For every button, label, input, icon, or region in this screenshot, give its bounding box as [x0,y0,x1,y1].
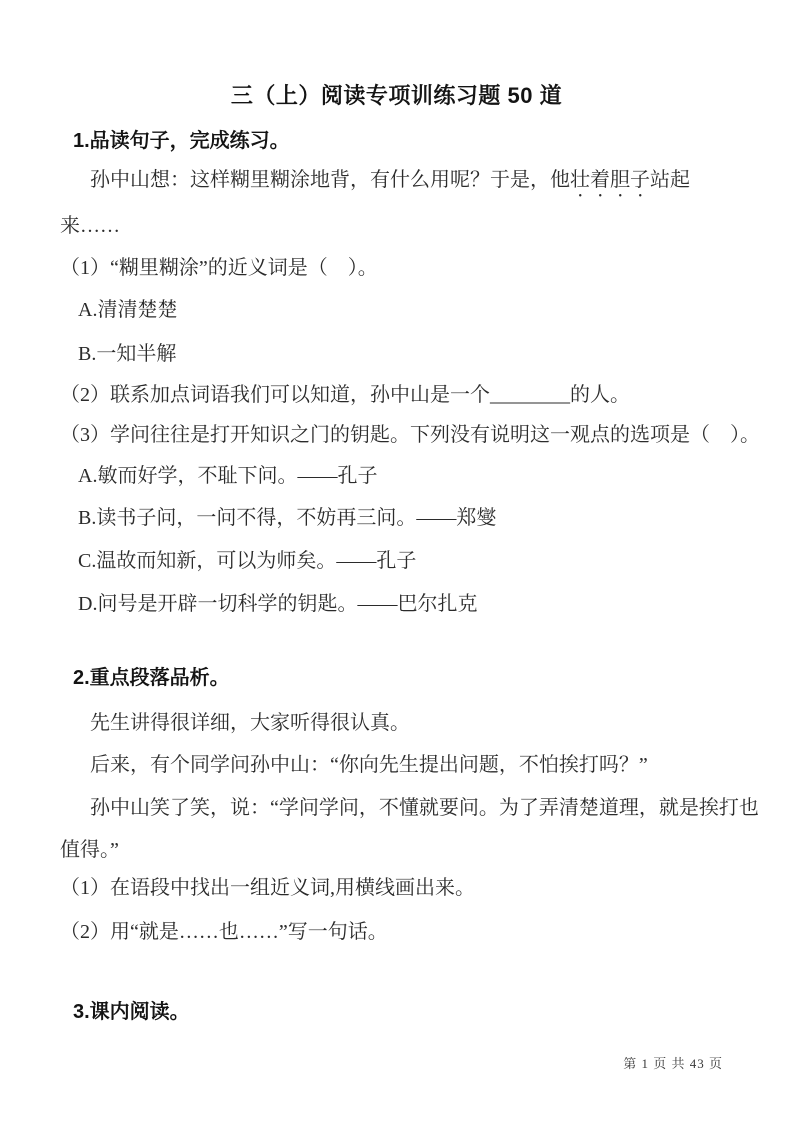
page-number: 第 1 页 共 43 页 [623,1050,723,1078]
paragraph-text: 孙中山想：这样糊里糊涂地背，有什么用呢？于是，他 [90,169,570,191]
section-2-heading: 2.重点段落品析。 [60,657,753,700]
option-c: C.温故而知新，可以为师矣。——孔子 [60,540,753,583]
paragraph-text: 站起 [650,169,690,191]
paragraph-line: 孙中山想：这样糊里糊涂地背，有什么用呢？于是，他壮着胆子站起 [60,159,753,202]
section-3-heading: 3.课内阅读。 [60,991,753,1034]
question-2-1: （1）在语段中找出一组近义词,用横线画出来。 [60,867,753,910]
option-d: D.问号是开辟一切科学的钥匙。——巴尔扎克 [60,583,753,626]
paragraph-line: 孙中山笑了笑，说：“学问学问，不懂就要问。为了弄清楚道理，就是挨打也 [60,787,753,830]
question-1-1: （1）“糊里糊涂”的近义词是（ ）。 [60,247,753,290]
option-b: B.读书子问，一问不得，不妨再三问。——郑燮 [60,497,753,540]
option-b: B.一知半解 [60,333,753,376]
paragraph-line: 先生讲得很详细，大家听得很认真。 [60,702,753,745]
option-a: A.敏而好学，不耻下问。——孔子 [60,455,753,498]
paragraph-wrap-line: 来…… [60,205,753,248]
document-page: 三（上）阅读专项训练习题 50 道 1.品读句子，完成练习。 孙中山想：这样糊里… [0,0,793,1122]
emphasis-dotted-text: 壮着胆子 [570,169,650,191]
paragraph-line: 后来，有个同学问孙中山：“你向先生提出问题，不怕挨打吗？” [60,744,753,787]
question-2-2: （2）用“就是……也……”写一句话。 [60,911,753,954]
option-a: A.清清楚楚 [60,289,753,332]
question-1-3: （3）学问往往是打开知识之门的钥匙。下列没有说明这一观点的选项是（ ）。 [60,414,753,457]
section-1-heading: 1.品读句子，完成练习。 [60,120,753,163]
page-title: 三（上）阅读专项训练习题 50 道 [0,74,793,117]
paragraph-wrap-line: 值得。” [60,829,753,872]
question-1-2: （2）联系加点词语我们可以知道，孙中山是一个________的人。 [60,374,753,417]
